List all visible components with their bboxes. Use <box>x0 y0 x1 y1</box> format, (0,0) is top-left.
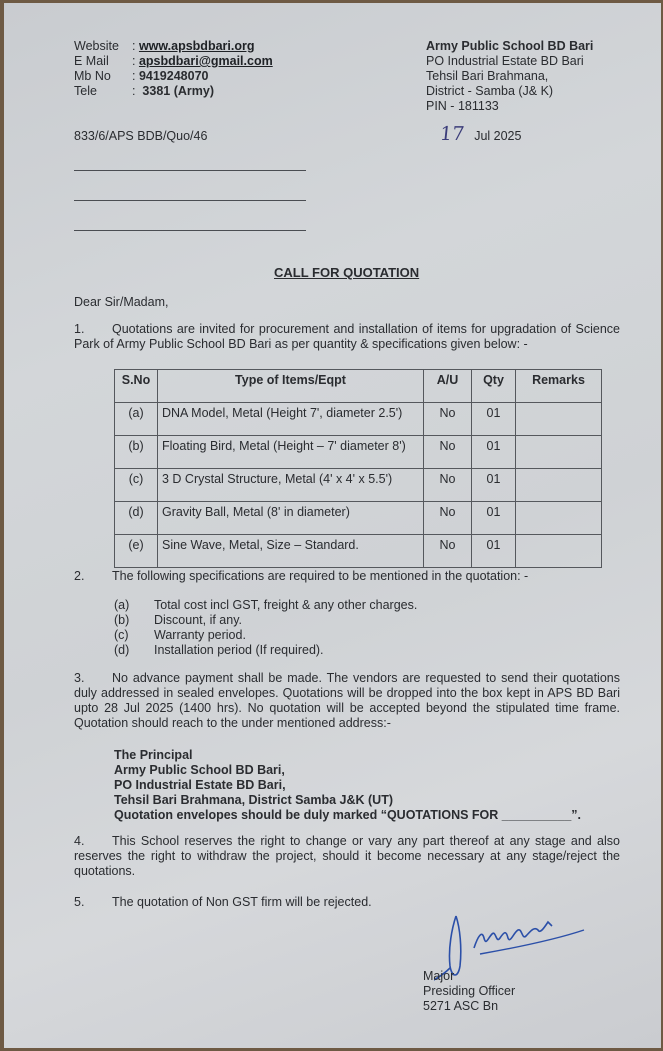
tele-number: 3381 (Army) <box>142 84 214 99</box>
table-header-row: S.No Type of Items/Eqpt A/U Qty Remarks <box>115 370 602 403</box>
para-text: The following specifications are require… <box>112 569 528 583</box>
table-row: (e) Sine Wave, Metal, Size – Standard. N… <box>115 535 602 568</box>
table-row: (a) DNA Model, Metal (Height 7', diamete… <box>115 403 602 436</box>
cell-au: No <box>424 469 472 502</box>
para-number: 4. <box>74 834 112 849</box>
school-name: Army Public School BD Bari <box>426 39 593 54</box>
items-table: S.No Type of Items/Eqpt A/U Qty Remarks … <box>114 369 602 568</box>
address-line: Tehsil Bari Brahmana, District Samba J&K… <box>114 793 581 808</box>
spec-item: (c)Warranty period. <box>114 628 417 643</box>
letter-page: Website: www.apsbdbari.org E Mail: apsbd… <box>4 3 661 1048</box>
signatory-block: Major Presiding Officer 5271 ASC Bn <box>423 969 515 1014</box>
cell-remarks <box>516 469 602 502</box>
address-line: Tehsil Bari Brahmana, <box>426 69 593 84</box>
reference-number: 833/6/APS BDB/Quo/46 <box>74 129 207 143</box>
cell-au: No <box>424 535 472 568</box>
spec-item: (b)Discount, if any. <box>114 613 417 628</box>
delivery-address: The Principal Army Public School BD Bari… <box>114 748 581 823</box>
cell-item: Sine Wave, Metal, Size – Standard. <box>158 535 424 568</box>
cell-qty: 01 <box>472 502 516 535</box>
contact-email: E Mail: apsbdbari@gmail.com <box>74 54 273 69</box>
contact-label: Mb No <box>74 69 132 84</box>
blank-address-line <box>74 230 306 231</box>
email-link[interactable]: apsbdbari@gmail.com <box>139 54 273 69</box>
salutation: Dear Sir/Madam, <box>74 295 168 309</box>
cell-item: Gravity Ball, Metal (8' in diameter) <box>158 502 424 535</box>
address-line: District - Samba (J& K) <box>426 84 593 99</box>
contact-label: Tele <box>74 84 132 99</box>
contact-block: Website: www.apsbdbari.org E Mail: apsbd… <box>74 39 273 99</box>
cell-sno: (d) <box>115 502 158 535</box>
website-link[interactable]: www.apsbdbari.org <box>139 39 255 54</box>
paragraph-1: 1.Quotations are invited for procurement… <box>74 322 620 352</box>
cell-qty: 01 <box>472 403 516 436</box>
col-item: Type of Items/Eqpt <box>158 370 424 403</box>
contact-mobile: Mb No: 9419248070 <box>74 69 273 84</box>
contact-label: E Mail <box>74 54 132 69</box>
cell-item: Floating Bird, Metal (Height – 7' diamet… <box>158 436 424 469</box>
mobile-number: 9419248070 <box>139 69 209 84</box>
cell-qty: 01 <box>472 535 516 568</box>
cell-sno: (c) <box>115 469 158 502</box>
para-number: 2. <box>74 569 112 584</box>
cell-qty: 01 <box>472 469 516 502</box>
spec-item: (a)Total cost incl GST, freight & any ot… <box>114 598 417 613</box>
contact-website: Website: www.apsbdbari.org <box>74 39 273 54</box>
cell-sno: (e) <box>115 535 158 568</box>
col-au: A/U <box>424 370 472 403</box>
signatory-unit: 5271 ASC Bn <box>423 999 515 1014</box>
col-remarks: Remarks <box>516 370 602 403</box>
cell-sno: (a) <box>115 403 158 436</box>
address-line: Army Public School BD Bari, <box>114 763 581 778</box>
signatory-designation: Presiding Officer <box>423 984 515 999</box>
contact-tele: Tele: 3381 (Army) <box>74 84 273 99</box>
col-qty: Qty <box>472 370 516 403</box>
cell-item: DNA Model, Metal (Height 7', diameter 2.… <box>158 403 424 436</box>
document-title: CALL FOR QUOTATION <box>274 265 419 280</box>
month-year: Jul 2025 <box>474 129 521 143</box>
cell-sno: (b) <box>115 436 158 469</box>
cell-au: No <box>424 436 472 469</box>
col-sno: S.No <box>115 370 158 403</box>
table-row: (c) 3 D Crystal Structure, Metal (4' x 4… <box>115 469 602 502</box>
address-line: The Principal <box>114 748 581 763</box>
cell-remarks <box>516 535 602 568</box>
address-line: PO Industrial Estate BD Bari, <box>114 778 581 793</box>
para-number: 1. <box>74 322 112 337</box>
contact-label: Website <box>74 39 132 54</box>
paragraph-2: 2.The following specifications are requi… <box>74 569 620 584</box>
cell-remarks <box>516 502 602 535</box>
spec-list: (a)Total cost incl GST, freight & any ot… <box>114 598 417 658</box>
para-text: The quotation of Non GST firm will be re… <box>112 895 372 909</box>
handwritten-day: 17 <box>439 123 465 145</box>
cell-item: 3 D Crystal Structure, Metal (4' x 4' x … <box>158 469 424 502</box>
blank-address-line <box>74 200 306 201</box>
letter-date: 17 Jul 2025 <box>440 123 521 145</box>
paragraph-3: 3.No advance payment shall be made. The … <box>74 671 620 731</box>
cell-qty: 01 <box>472 436 516 469</box>
table-row: (b) Floating Bird, Metal (Height – 7' di… <box>115 436 602 469</box>
signatory-rank: Major <box>423 969 515 984</box>
spec-item: (d)Installation period (If required). <box>114 643 417 658</box>
para-number: 5. <box>74 895 112 910</box>
address-line: PO Industrial Estate BD Bari <box>426 54 593 69</box>
paragraph-4: 4.This School reserves the right to chan… <box>74 834 620 879</box>
table-row: (d) Gravity Ball, Metal (8' in diameter)… <box>115 502 602 535</box>
para-text: Quotations are invited for procurement a… <box>74 322 620 351</box>
para-text: No advance payment shall be made. The ve… <box>74 671 620 730</box>
cell-remarks <box>516 403 602 436</box>
envelope-marking-note: Quotation envelopes should be duly marke… <box>114 808 581 823</box>
cell-au: No <box>424 502 472 535</box>
school-address-block: Army Public School BD Bari PO Industrial… <box>426 39 593 114</box>
cell-remarks <box>516 436 602 469</box>
para-number: 3. <box>74 671 112 686</box>
address-line: PIN - 181133 <box>426 99 593 114</box>
cell-au: No <box>424 403 472 436</box>
blank-address-line <box>74 170 306 171</box>
para-text: This School reserves the right to change… <box>74 834 620 878</box>
